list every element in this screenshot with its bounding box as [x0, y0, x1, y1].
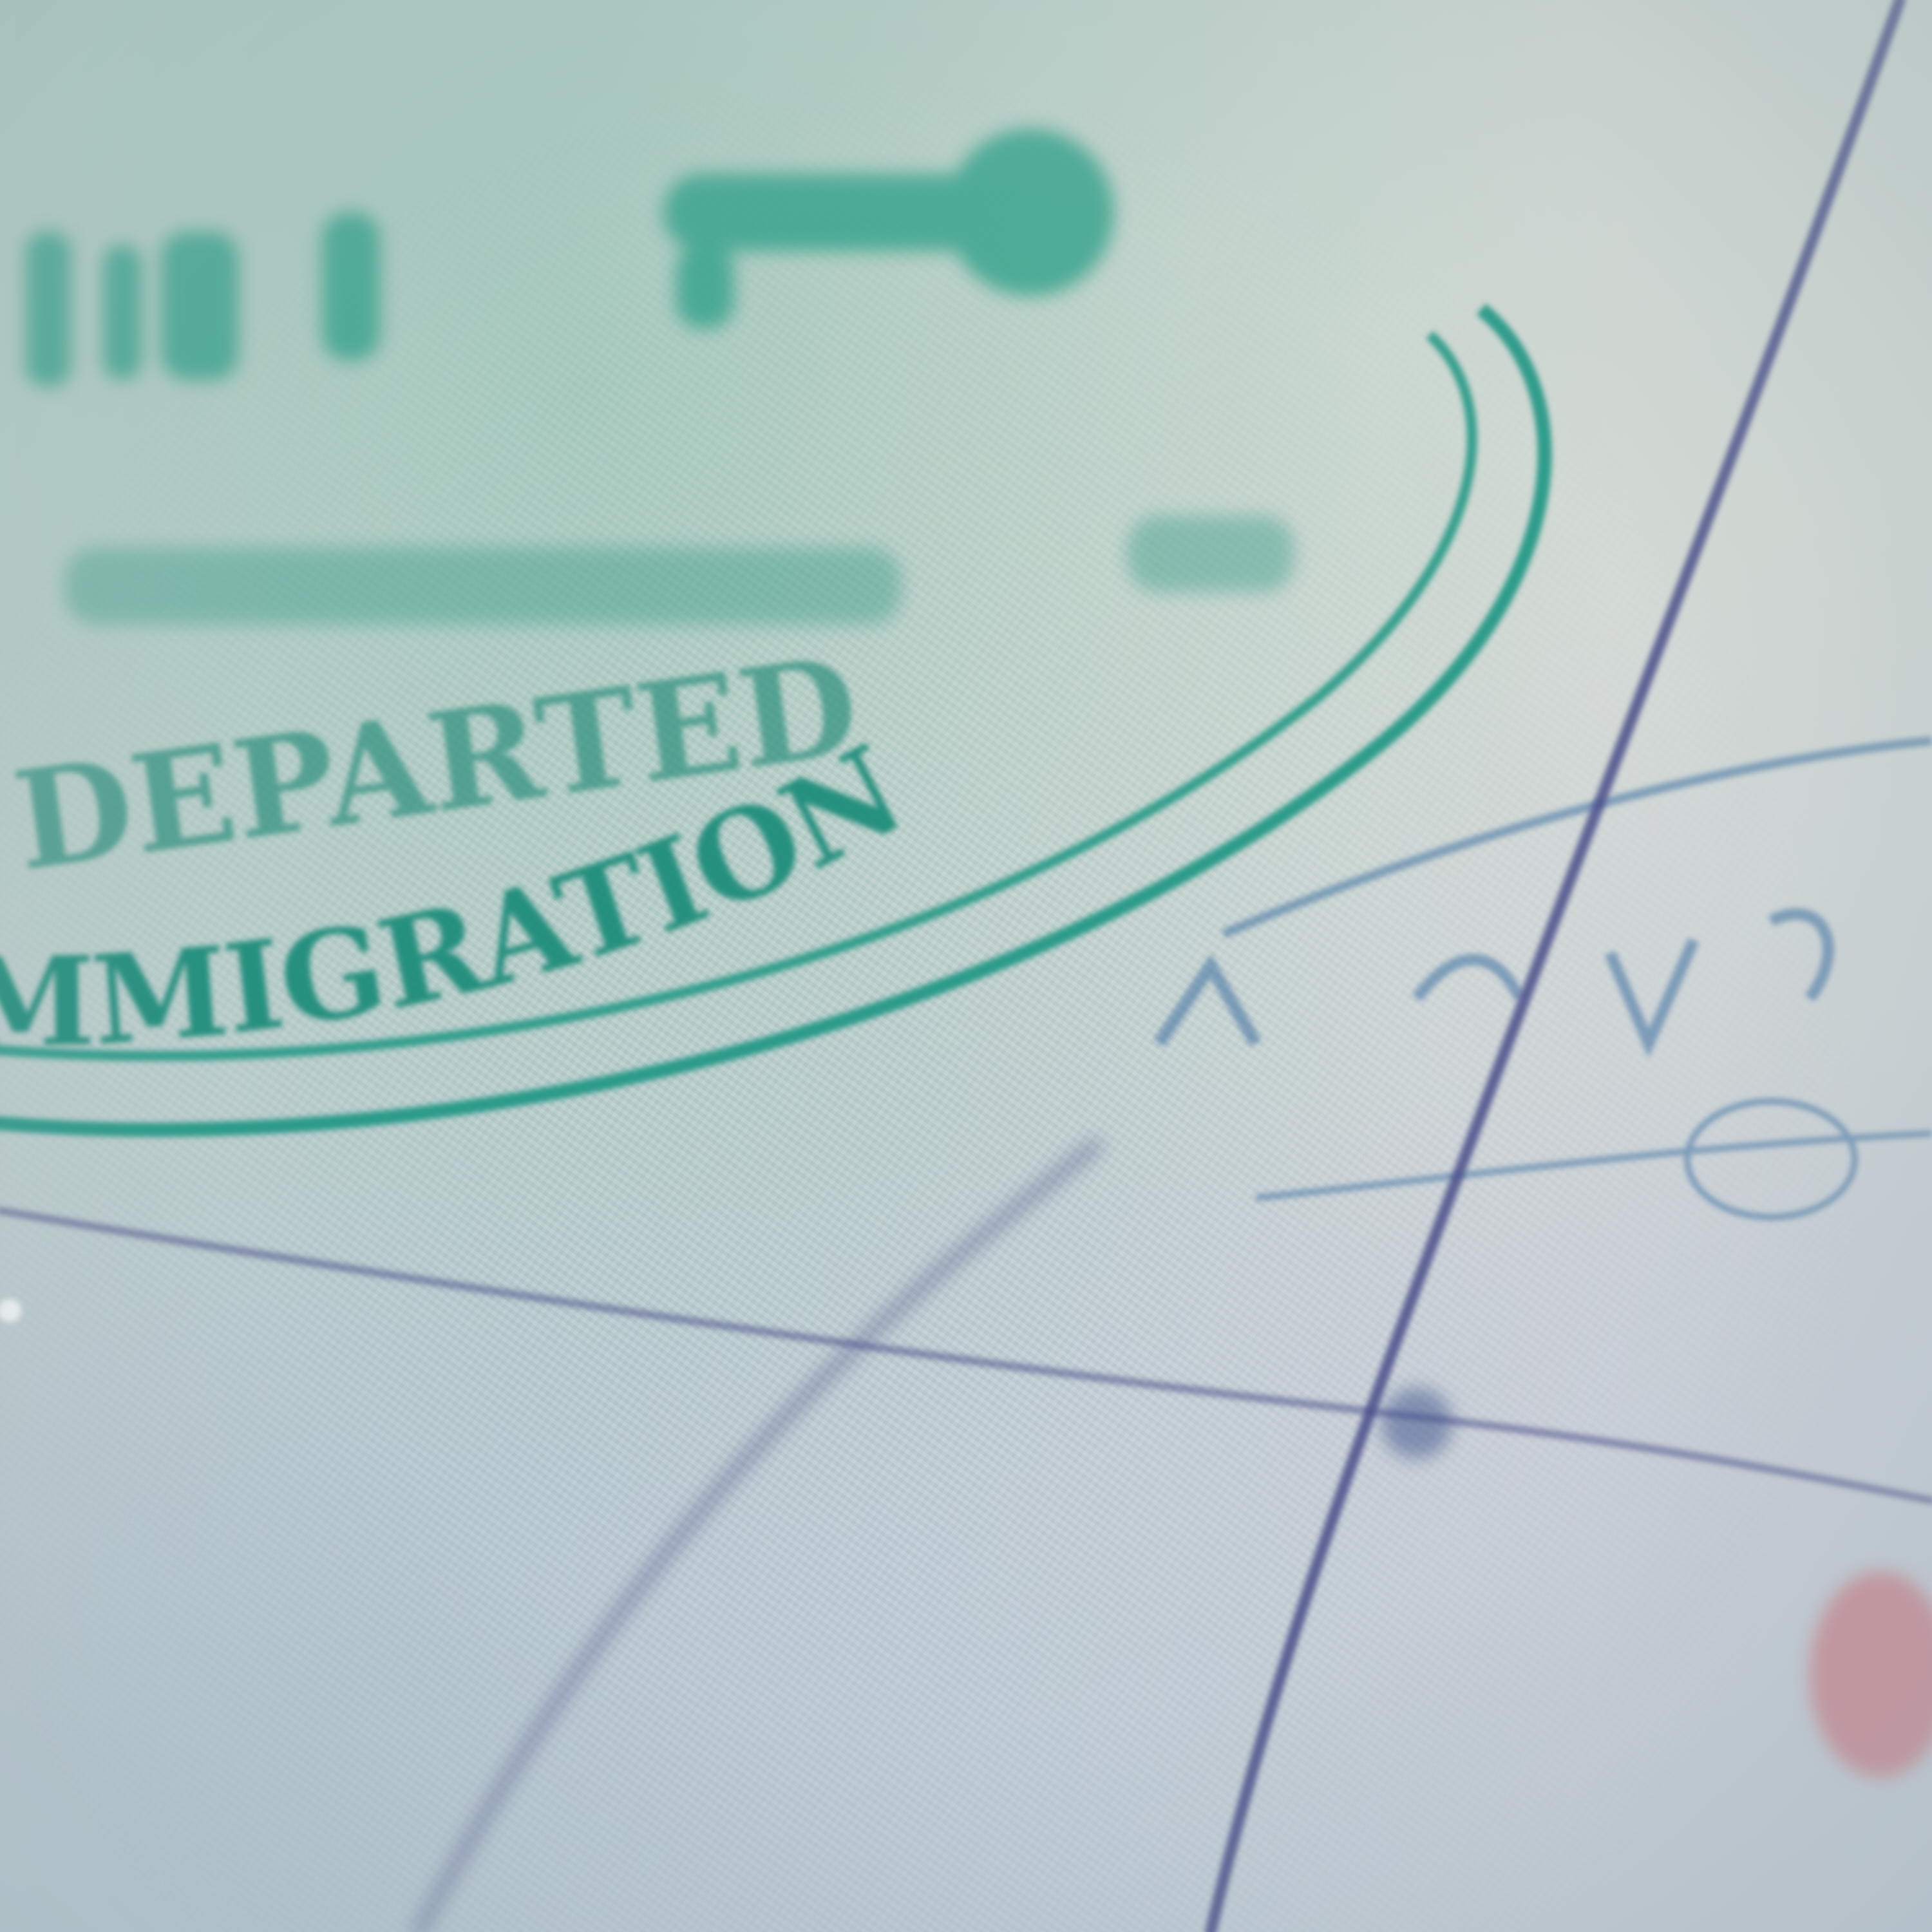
stamp-layer: DEPARTED IMMIGRATION — [0, 0, 1932, 1932]
red-ink-mark — [1810, 1571, 1932, 1777]
blurred-stamp-top-text — [26, 129, 1114, 386]
passport-page-photo: DEPARTED IMMIGRATION — [0, 0, 1932, 1932]
